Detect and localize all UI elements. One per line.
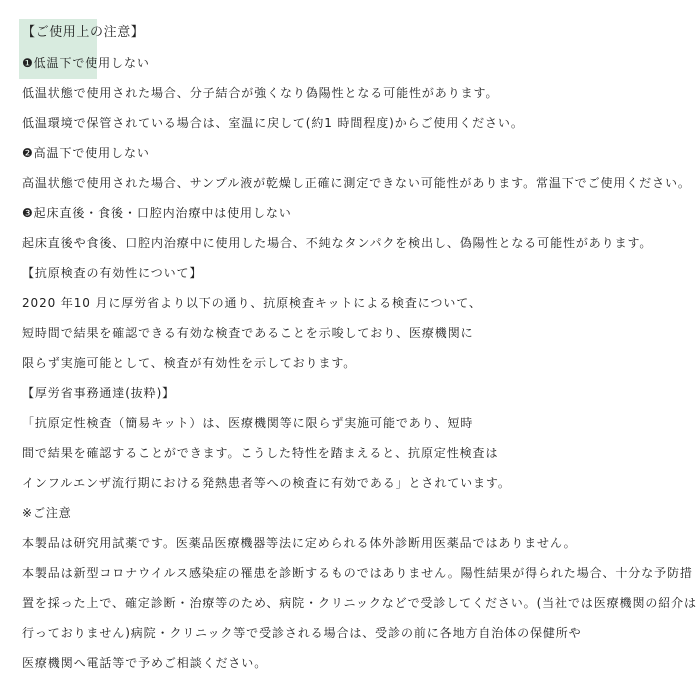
caution-text-1: 本製品は研究用試薬です。医薬品医療機器等法に定められる体外診断用医薬品ではありま… — [22, 532, 692, 562]
document-body: 【ご使用上の注意】 ❶低温下で使用しない 低温状態で使用された場合、分子結合が強… — [22, 22, 692, 682]
item1-text-2: 低温環境で保管されている場合は、室温に戻して(約1 時間程度)からご使用ください… — [22, 112, 692, 142]
mhlw-notice-text-2: 間で結果を確認することができます。こうした特性を踏まえると、抗原定性検査は — [22, 442, 692, 472]
effectiveness-text-2: 短時間で結果を確認できる有効な検査であることを示唆しており、医療機関に — [22, 322, 692, 352]
mhlw-notice-text-1: 「抗原定性検査（簡易キット）は、医療機関等に限らず実施可能であり、短時 — [22, 412, 692, 442]
item2-text-1: 高温状態で使用された場合、サンプル液が乾燥し正確に測定できない可能性があります。… — [22, 172, 692, 202]
mhlw-notice-title: 【厚労省事務通達(抜粋)】 — [22, 382, 692, 412]
mhlw-notice-text-3: インフルエンザ流行期における発熱患者等への検査に有効である」とされています。 — [22, 472, 692, 502]
caution-text-4: 行っておりません)病院・クリニック等で受診される場合は、受診の前に各地方自治体の… — [22, 622, 692, 652]
effectiveness-title: 【抗原検査の有効性について】 — [22, 262, 692, 292]
caution-text-5: 医療機関へ電話等で予めご相談ください。 — [22, 652, 692, 682]
item3-text-1: 起床直後や食後、口腔内治療中に使用した場合、不純なタンパクを検出し、偽陽性となる… — [22, 232, 692, 262]
item1-text-1: 低温状態で使用された場合、分子結合が強くなり偽陽性となる可能性があります。 — [22, 82, 692, 112]
caution-text-3: 置を採った上で、確定診断・治療等のため、病院・クリニックなどで受診してください。… — [22, 592, 692, 622]
item1-heading: ❶低温下で使用しない — [22, 52, 692, 82]
effectiveness-text-3: 限らず実施可能として、検査が有効性を示しております。 — [22, 352, 692, 382]
caution-text-2: 本製品は新型コロナウイルス感染症の罹患を診断するものではありません。陽性結果が得… — [22, 562, 692, 592]
item3-heading: ❸起床直後・食後・口腔内治療中は使用しない — [22, 202, 692, 232]
item2-heading: ❷高温下で使用しない — [22, 142, 692, 172]
usage-notes-title: 【ご使用上の注意】 — [22, 22, 692, 52]
caution-title: ※ご注意 — [22, 502, 692, 532]
effectiveness-text-1: 2020 年10 月に厚労省より以下の通り、抗原検査キットによる検査について、 — [22, 292, 692, 322]
